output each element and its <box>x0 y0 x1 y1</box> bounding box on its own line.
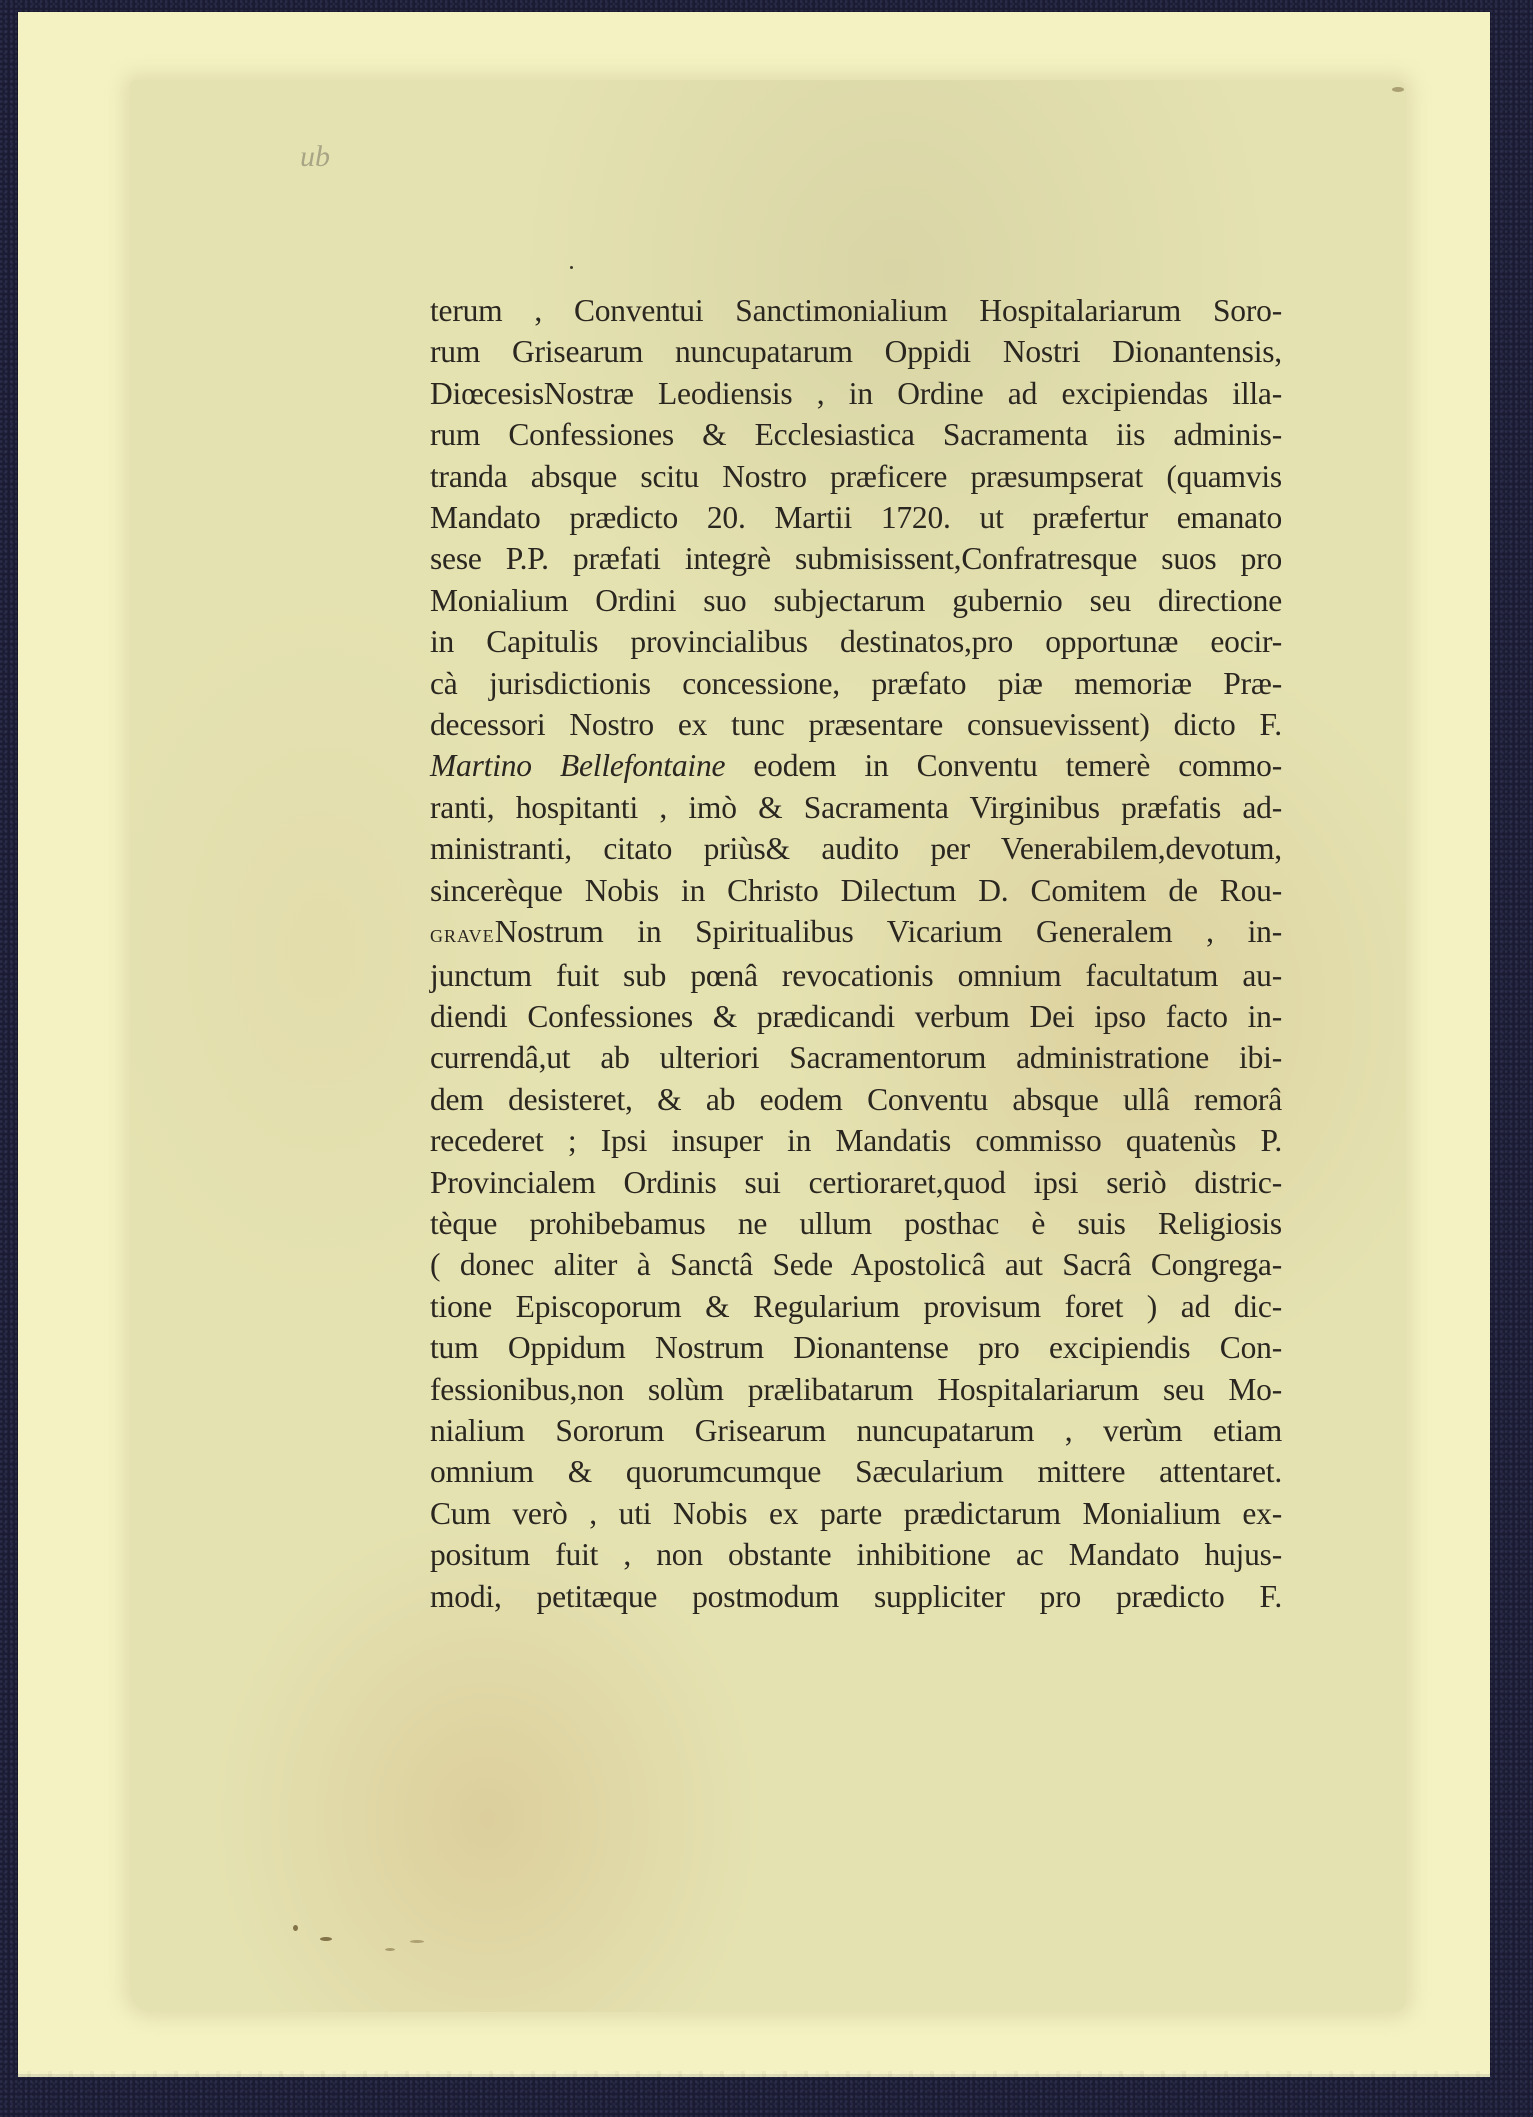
text-line: rum Confessiones & Ecclesiastica Sacrame… <box>430 414 1282 455</box>
text-line: junctum fuit sub pœnâ revocationis omniu… <box>430 955 1282 996</box>
text-line: decessori Nostro ex tunc præsentare cons… <box>430 704 1282 745</box>
text-line: terum , Conventui Sanctimonialium Hospit… <box>430 290 1282 331</box>
text-line: rum Grisearum nuncupatarum Oppidi Nostri… <box>430 331 1282 372</box>
text-line: ministranti, citato priùs& audito per Ve… <box>430 828 1282 869</box>
text-line: tranda absque scitu Nostro præficere præ… <box>430 456 1282 497</box>
text-line: sincerèque Nobis in Christo Dilectum D. … <box>430 870 1282 911</box>
text-line: currendâ,ut ab ulteriori Sacramentorum a… <box>430 1037 1282 1078</box>
text-line: ( donec aliter à Sanctâ Sede Apostolicâ … <box>430 1244 1282 1285</box>
italic-personal-name: Martino Bellefontaine <box>430 748 725 783</box>
text-line: Mandato prædicto 20. Martii 1720. ut præ… <box>430 497 1282 538</box>
text-line-rest: Nostrum in Spiritualibus Vicarium Genera… <box>495 914 1282 949</box>
text-line: ranti, hospitanti , imò & Sacramenta Vir… <box>430 787 1282 828</box>
text-line-rest: eodem in Conventu temerè commo- <box>725 748 1282 783</box>
text-line: Monialium Ordini suo subjectarum guberni… <box>430 580 1282 621</box>
ink-speck <box>410 1940 424 1943</box>
text-line: omnium & quorumcumque Sæcularium mittere… <box>430 1451 1282 1492</box>
text-line: fessionibus,non solùm prælibatarum Hospi… <box>430 1369 1282 1410</box>
ink-dot <box>570 266 573 269</box>
text-line: nialium Sororum Grisearum nuncupatarum ,… <box>430 1410 1282 1451</box>
text-line: Provincialem Ordinis sui certioraret,quo… <box>430 1162 1282 1203</box>
text-line: in Capitulis provincialibus destinatos,p… <box>430 621 1282 662</box>
faint-corner-mark: ub <box>300 140 330 174</box>
text-line: positum fuit , non obstante inhibitione … <box>430 1534 1282 1575</box>
text-line: dem desisteret, & ab eodem Conventu absq… <box>430 1079 1282 1120</box>
ink-speck <box>1392 87 1404 92</box>
text-line: graveNostrum in Spiritualibus Vicarium G… <box>430 911 1282 954</box>
text-line: tum Oppidum Nostrum Dionantense pro exci… <box>430 1327 1282 1368</box>
text-line: sese P.P. præfati integrè submisissent,C… <box>430 538 1282 579</box>
text-line: recederet ; Ipsi insuper in Mandatis com… <box>430 1120 1282 1161</box>
text-line: diendi Confessiones & prædicandi verbum … <box>430 996 1282 1037</box>
deckled-bottom-edge <box>18 2071 1490 2077</box>
ink-speck <box>293 1925 298 1931</box>
ink-speck <box>385 1948 395 1951</box>
body-text: terum , Conventui Sanctimonialium Hospit… <box>430 290 1282 1617</box>
text-line: Cum verò , uti Nobis ex parte prædictaru… <box>430 1493 1282 1534</box>
text-line: DiœcesisNostræ Leodiensis , in Ordine ad… <box>430 373 1282 414</box>
ink-speck <box>320 1937 332 1941</box>
text-line: cà jurisdictionis concessione, præfato p… <box>430 663 1282 704</box>
small-caps-name: grave <box>430 919 495 948</box>
text-line: tione Episcoporum & Regularium provisum … <box>430 1286 1282 1327</box>
text-line: tèque prohibebamus ne ullum posthac è su… <box>430 1203 1282 1244</box>
text-line: modi, petitæque postmodum suppliciter pr… <box>430 1576 1282 1617</box>
text-line: Martino Bellefontaine eodem in Conventu … <box>430 745 1282 786</box>
